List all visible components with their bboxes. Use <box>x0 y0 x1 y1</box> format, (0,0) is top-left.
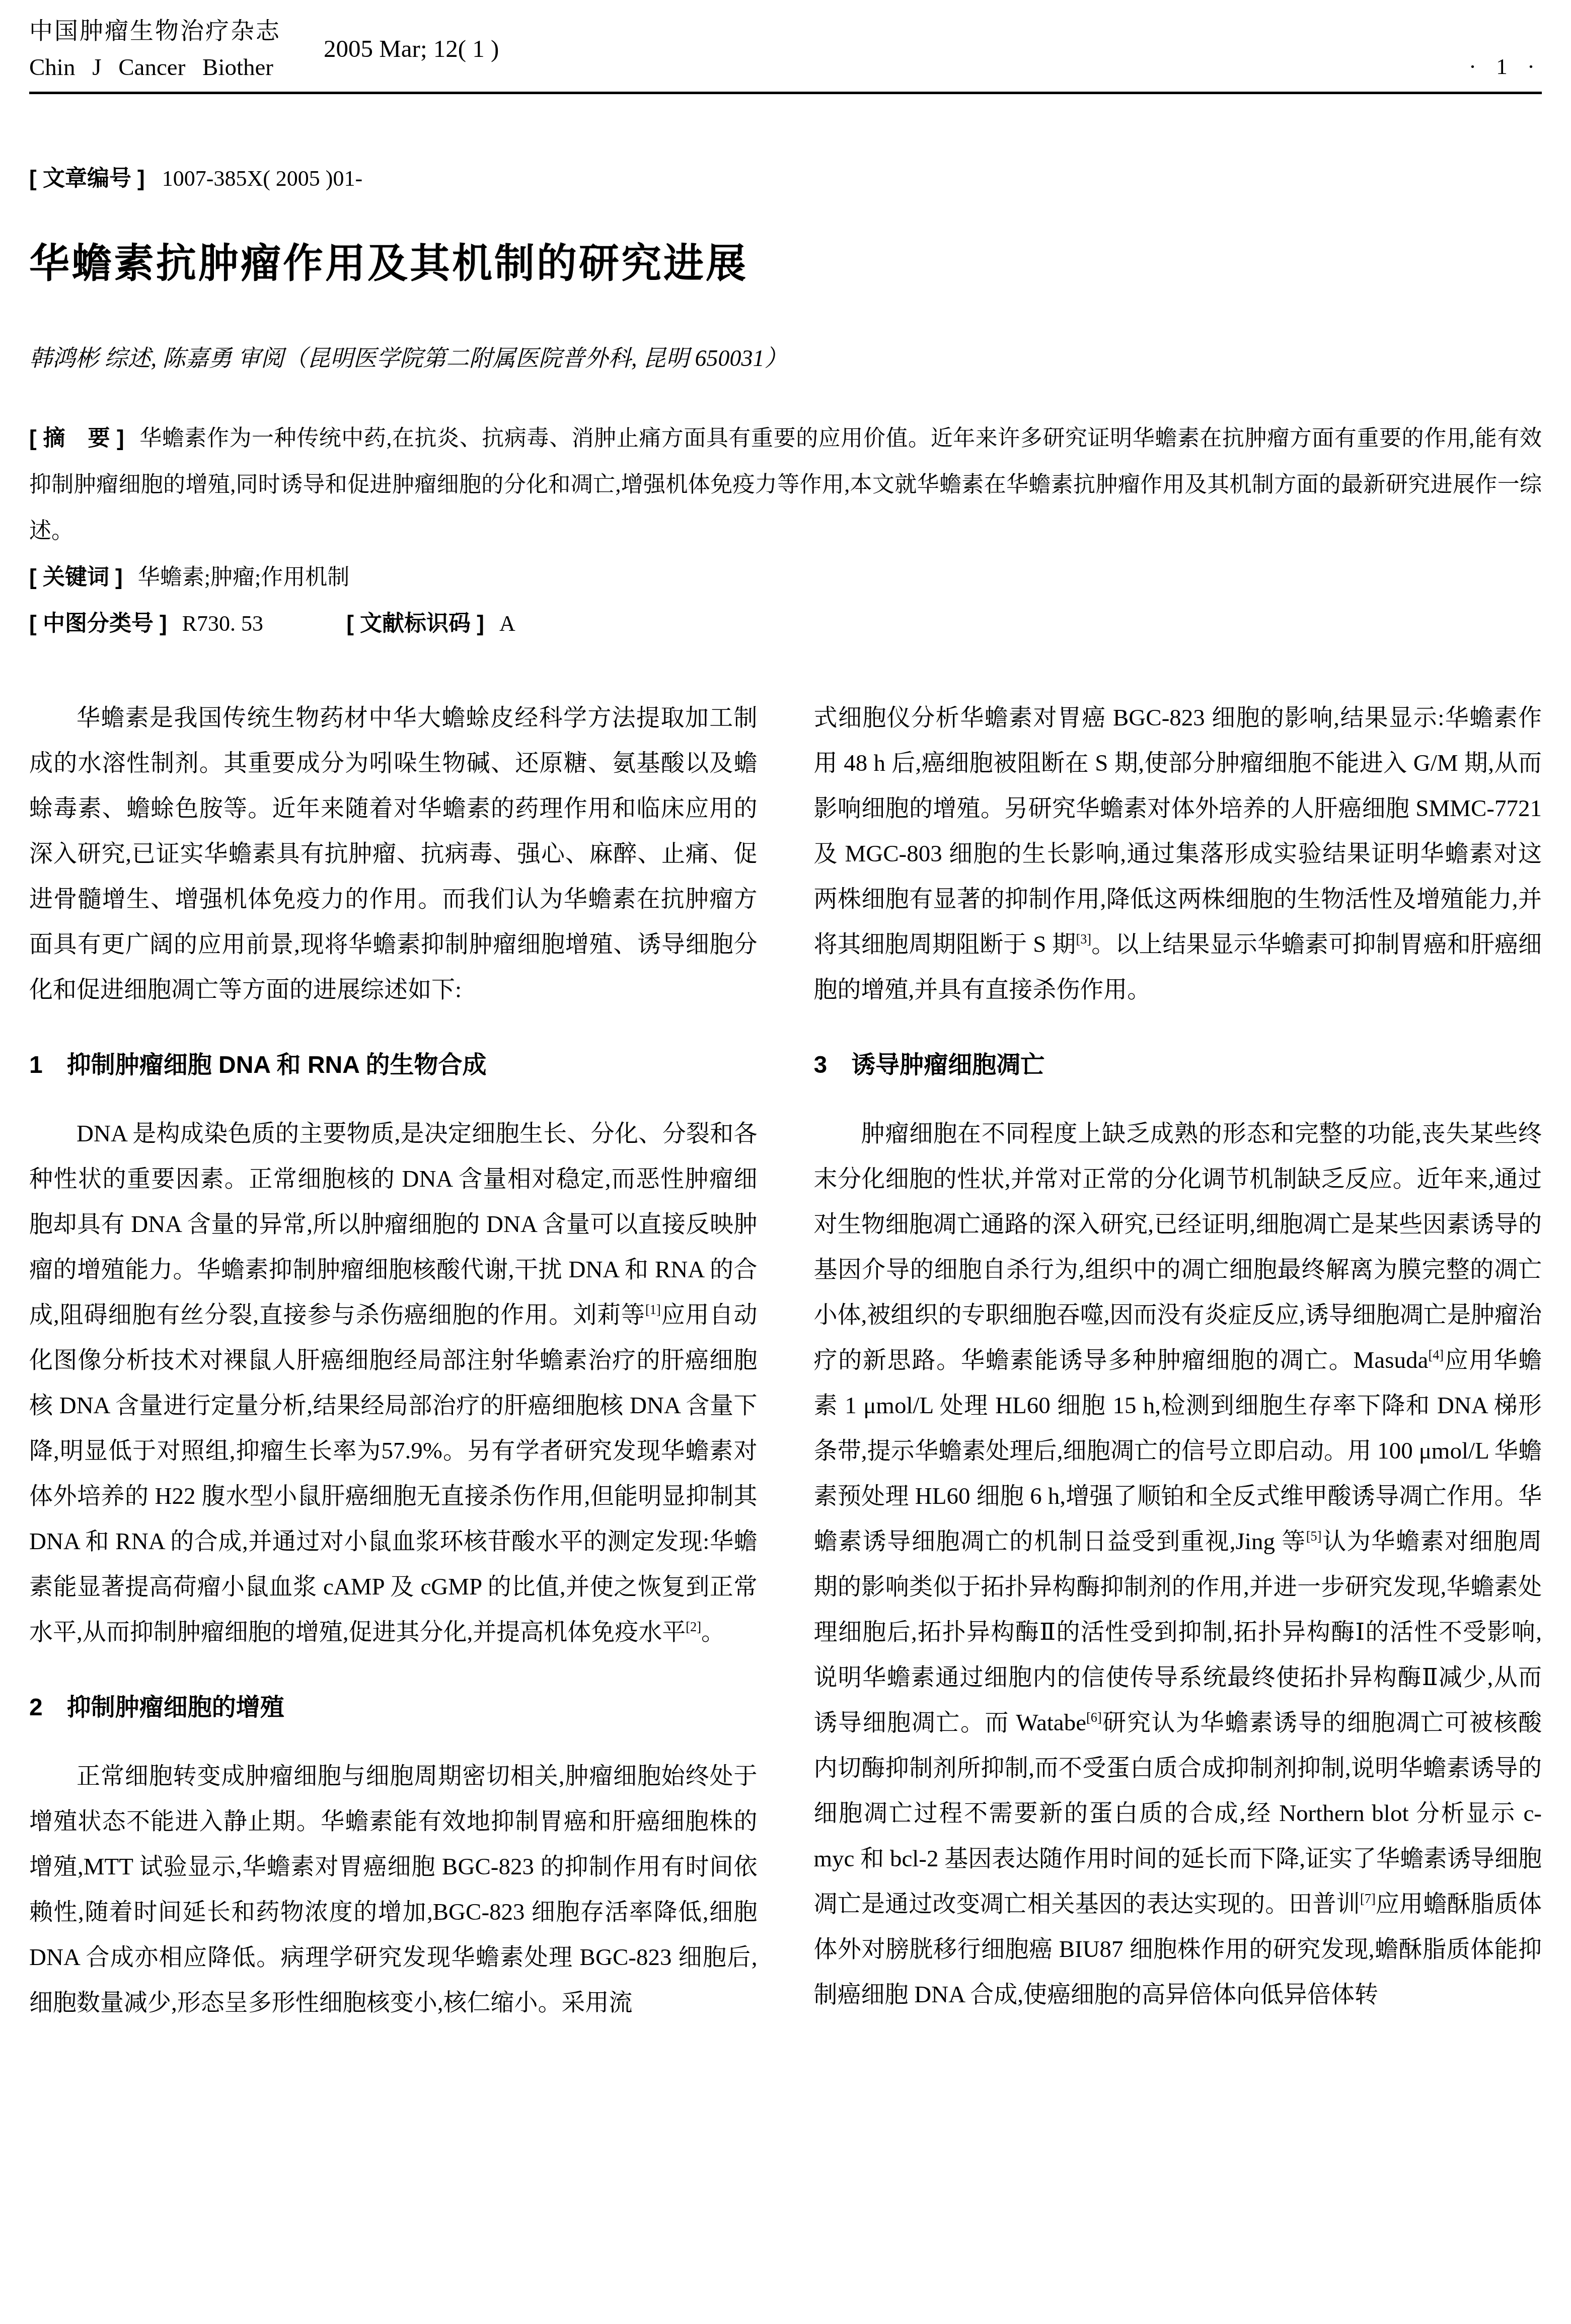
reference-marker: [4] <box>1428 1348 1444 1362</box>
header-rule <box>29 92 1542 94</box>
reference-marker: [1] <box>645 1302 661 1317</box>
section-heading: 1抑制肿瘤细胞 DNA 和 RNA 的生物合成 <box>29 1043 758 1088</box>
reference-marker: [3] <box>1076 932 1091 947</box>
right-column: 式细胞仪分析华蟾素对胃癌 BGC-823 细胞的影响,结果显示:华蟾素作用 48… <box>814 695 1542 2025</box>
body-paragraph: 华蟾素是我国传统生物药材中华大蟾蜍皮经科学方法提取加工制成的水溶性制剂。其重要成… <box>29 695 758 1012</box>
body-paragraph: 式细胞仪分析华蟾素对胃癌 BGC-823 细胞的影响,结果显示:华蟾素作用 48… <box>814 695 1542 1012</box>
article-id-value: 1007-385X( 2005 )01- <box>162 166 362 191</box>
page-header: 中国肿瘤生物治疗杂志 Chin J Cancer Biother 2005 Ma… <box>29 0 1542 92</box>
article-id-line: [ 文章编号 ]1007-385X( 2005 )01- <box>29 164 1542 194</box>
body-paragraph: 正常细胞转变成肿瘤细胞与细胞周期密切相关,肿瘤细胞始终处于增殖状态不能进入静止期… <box>29 1754 758 2025</box>
body-columns: 华蟾素是我国传统生物药材中华大蟾蜍皮经科学方法提取加工制成的水溶性制剂。其重要成… <box>29 695 1542 2025</box>
body-paragraph: 肿瘤细胞在不同程度上缺乏成熟的形态和完整的功能,丧失某些终末分化细胞的性状,并常… <box>814 1111 1542 2017</box>
section-number: 2 <box>29 1694 43 1721</box>
section-heading: 3诱导肿瘤细胞凋亡 <box>814 1043 1542 1088</box>
left-column: 华蟾素是我国传统生物药材中华大蟾蜍皮经科学方法提取加工制成的水溶性制剂。其重要成… <box>29 695 758 2025</box>
abstract-block: [ 摘 要 ]华蟾素作为一种传统中药,在抗炎、抗病毒、消肿止痛方面具有重要的应用… <box>29 415 1542 554</box>
page-number: · 1 · <box>1469 53 1542 80</box>
keywords-value: 华蟾素;肿瘤;作用机制 <box>138 565 349 590</box>
issue-info: 2005 Mar; 12( 1 ) <box>324 34 499 63</box>
classification-line: [ 中图分类号 ]R730. 53[ 文献标识码 ]A <box>29 601 1542 647</box>
keywords-line: [ 关键词 ]华蟾素;肿瘤;作用机制 <box>29 554 1542 601</box>
article-id-label: [ 文章编号 ] <box>29 166 145 191</box>
abstract-text: 华蟾素作为一种传统中药,在抗炎、抗病毒、消肿止痛方面具有重要的应用价值。近年来许… <box>29 426 1542 543</box>
doc-code-label: [ 文献标识码 ] <box>346 611 484 636</box>
journal-title-cn: 中国肿瘤生物治疗杂志 <box>29 13 281 49</box>
clc-label: [ 中图分类号 ] <box>29 611 167 636</box>
journal-title-en: Chin J Cancer Biother <box>29 49 281 86</box>
page-title: 华蟾素抗肿瘤作用及其机制的研究进展 <box>29 238 1542 288</box>
reference-marker: [2] <box>686 1620 701 1634</box>
journal-title-block: 中国肿瘤生物治疗杂志 Chin J Cancer Biother <box>29 13 281 86</box>
reference-marker: [7] <box>1360 1892 1376 1906</box>
doc-code-value: A <box>499 611 515 636</box>
section-number: 1 <box>29 1052 43 1078</box>
keywords-label: [ 关键词 ] <box>29 565 123 590</box>
abstract-label: [ 摘 要 ] <box>29 426 124 451</box>
section-number: 3 <box>814 1052 828 1078</box>
reference-marker: [5] <box>1306 1529 1322 1544</box>
body-paragraph: DNA 是构成染色质的主要物质,是决定细胞生长、分化、分裂和各种性状的重要因素。… <box>29 1111 758 1655</box>
journal-page: 中国肿瘤生物治疗杂志 Chin J Cancer Biother 2005 Ma… <box>0 0 1571 2324</box>
section-heading: 2抑制肿瘤细胞的增殖 <box>29 1685 758 1730</box>
authors-line: 韩鸿彬 综述, 陈嘉勇 审阅（昆明医学院第二附属医院普外科, 昆明 650031… <box>29 343 1542 374</box>
clc-value: R730. 53 <box>182 611 263 636</box>
reference-marker: [6] <box>1086 1710 1102 1725</box>
